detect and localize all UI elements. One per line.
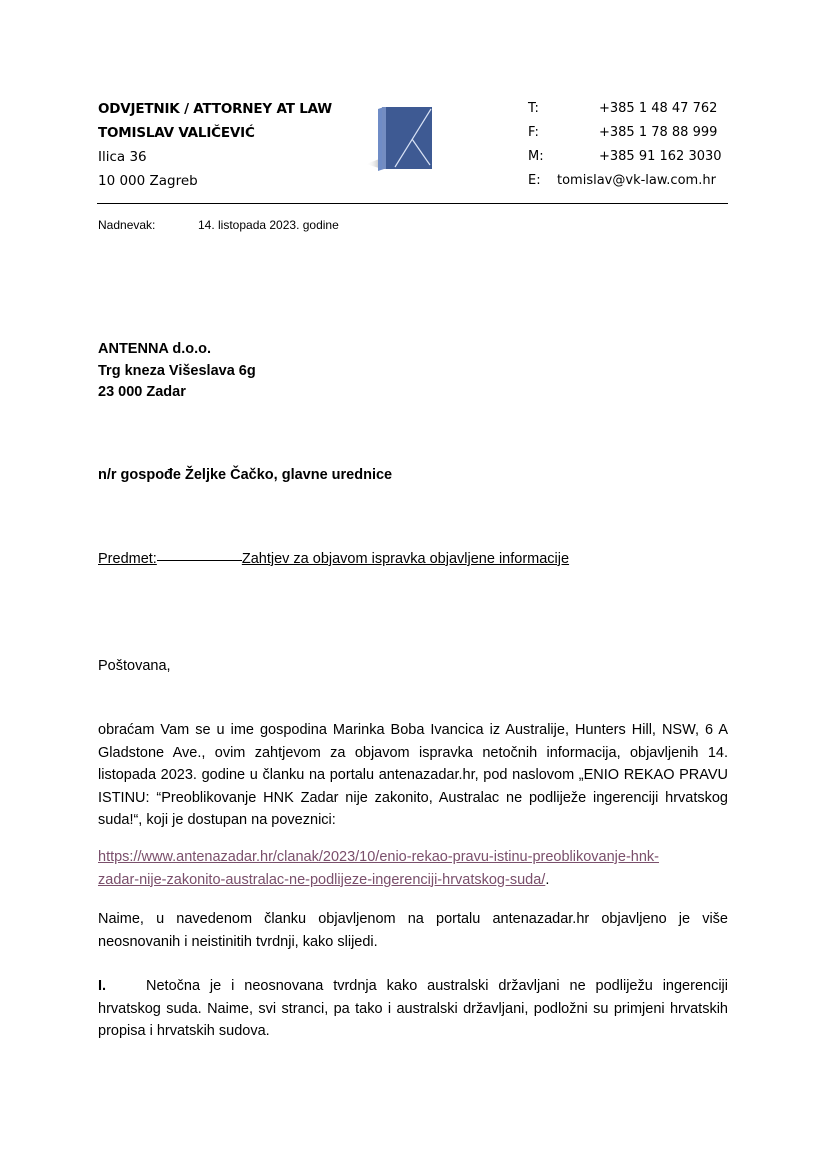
recipient-company: ANTENNA d.o.o. xyxy=(98,339,256,361)
link-paragraph: https://www.antenazadar.hr/clanak/2023/1… xyxy=(98,846,728,891)
point-one-paragraph: I.Netočna je i neosnovana tvrdnja kako a… xyxy=(98,975,728,1043)
subject-line: Predmet:Zahtjev za objavom ispravka obja… xyxy=(98,551,569,567)
point-number: I. xyxy=(98,975,146,998)
recipient-city: 23 000 Zadar xyxy=(98,382,256,404)
letter-page: ODVJETNIK / ATTORNEY AT LAW TOMISLAV VAL… xyxy=(0,0,826,1169)
header-divider xyxy=(97,203,728,204)
subject-value: Zahtjev za objavom ispravka objavljene i… xyxy=(242,551,569,567)
contact-label: F: xyxy=(528,121,539,145)
subject-label: Predmet: xyxy=(98,551,157,567)
sender-title: ODVJETNIK / ATTORNEY AT LAW xyxy=(98,97,332,121)
article-link[interactable]: https://www.antenazadar.hr/clanak/2023/1… xyxy=(98,849,659,888)
point-text: Netočna je i neosnovana tvrdnja kako aus… xyxy=(98,978,728,1039)
book-icon xyxy=(364,103,436,173)
naime-paragraph: Naime, u navedenom članku objavljenom na… xyxy=(98,908,728,953)
contact-label: M: xyxy=(528,145,544,169)
date-value: 14. listopada 2023. godine xyxy=(198,218,339,232)
contact-value: +385 1 48 47 762 xyxy=(599,97,717,121)
contact-value: +385 1 78 88 999 xyxy=(599,121,717,145)
intro-paragraph: obraćam Vam se u ime gospodina Marinka B… xyxy=(98,719,728,832)
letterhead-sender: ODVJETNIK / ATTORNEY AT LAW TOMISLAV VAL… xyxy=(98,97,332,193)
sender-city: 10 000 Zagreb xyxy=(98,169,332,193)
recipient-street: Trg kneza Višeslava 6g xyxy=(98,361,256,383)
contact-label: E: xyxy=(528,169,541,193)
article-link-line2[interactable]: zadar-nije-zakonito-australac-ne-podlije… xyxy=(98,872,545,888)
contact-value: tomislav@vk-law.com.hr xyxy=(557,169,716,193)
link-suffix: . xyxy=(545,872,549,888)
recipient-address: ANTENNA d.o.o. Trg kneza Višeslava 6g 23… xyxy=(98,339,256,404)
sender-name: TOMISLAV VALIČEVIĆ xyxy=(98,121,332,145)
date-label: Nadnevak: xyxy=(98,218,155,232)
date-line: Nadnevak: 14. listopada 2023. godine xyxy=(98,218,155,232)
contact-value: +385 91 162 3030 xyxy=(599,145,722,169)
sender-street: Ilica 36 xyxy=(98,145,332,169)
attention-line: n/r gospođe Željke Čačko, glavne urednic… xyxy=(98,467,392,483)
contact-label: T: xyxy=(528,97,539,121)
article-link-line1[interactable]: https://www.antenazadar.hr/clanak/2023/1… xyxy=(98,849,659,865)
greeting: Poštovana, xyxy=(98,658,171,674)
